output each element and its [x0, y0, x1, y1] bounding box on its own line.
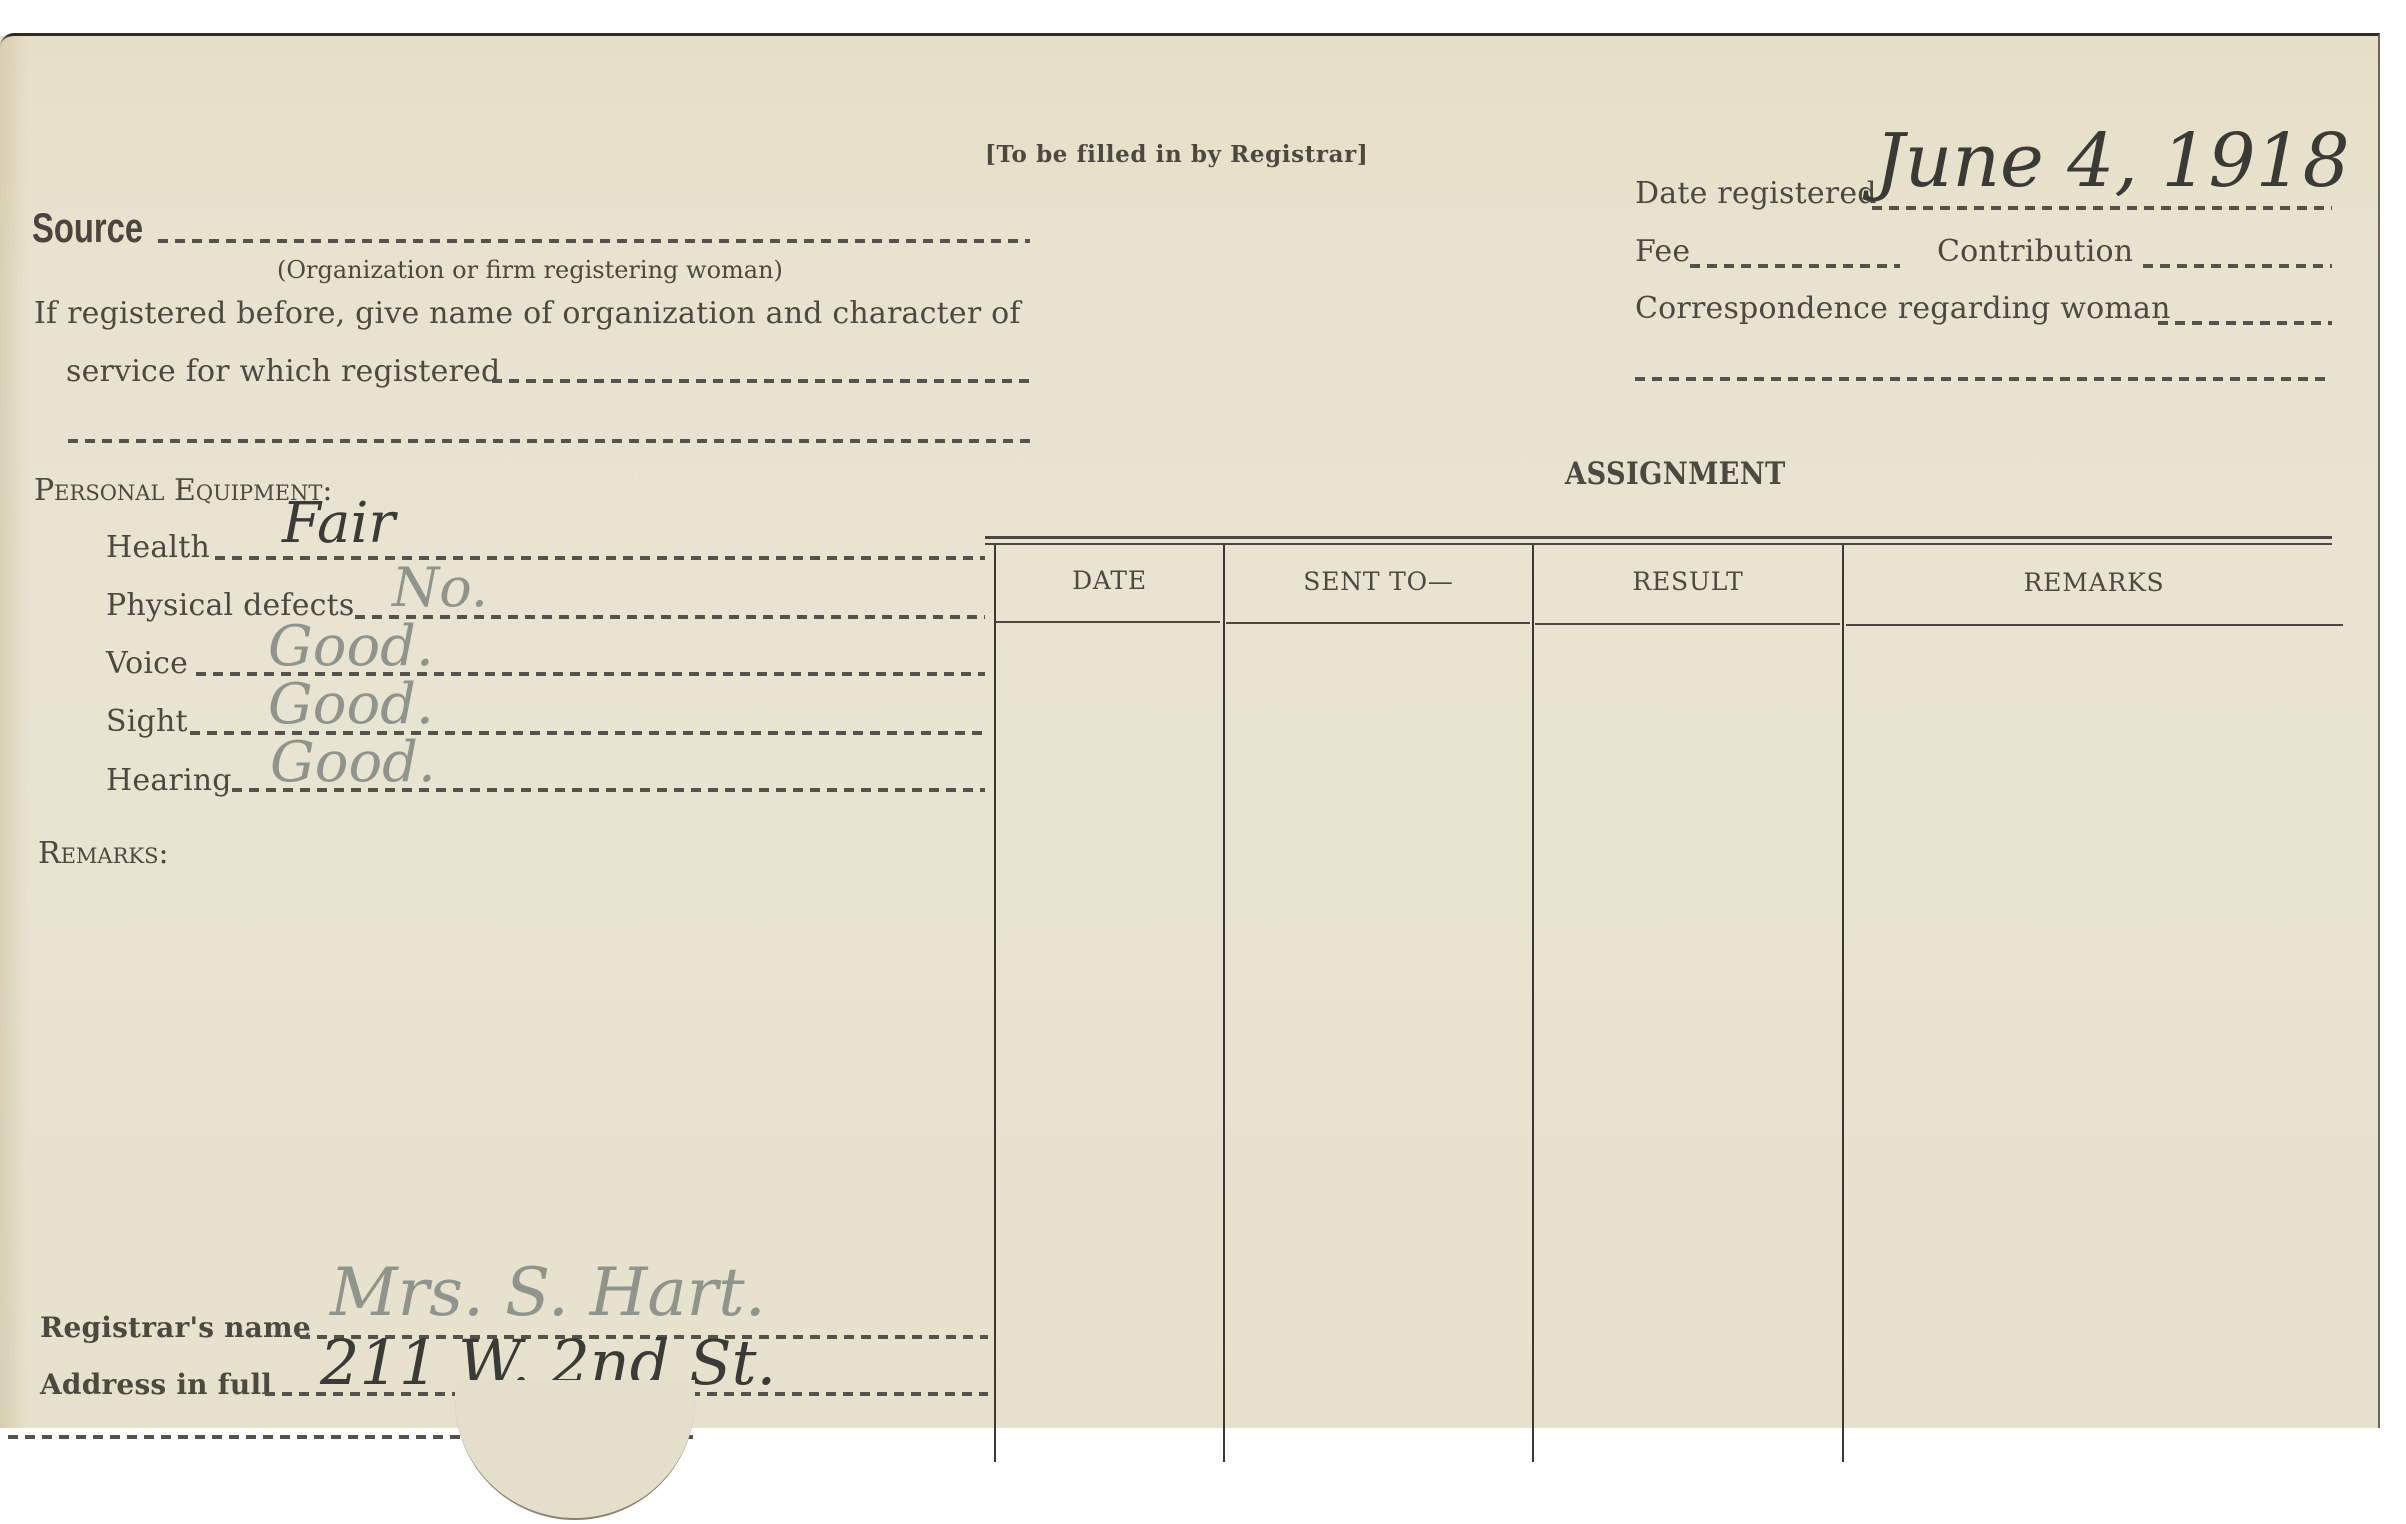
sight-value: Good. — [268, 672, 434, 737]
source-caption: (Organization or firm registering woman) — [277, 256, 783, 284]
correspondence-label: Correspondence regarding woman — [1635, 291, 2171, 326]
assignment-title: ASSIGNMENT — [1565, 456, 1786, 492]
health-value: Fair — [282, 491, 395, 556]
col-underline-date — [996, 621, 1220, 623]
service-field-line2[interactable] — [68, 439, 1030, 443]
service-field[interactable] — [492, 379, 1030, 383]
sight-label: Sight — [106, 704, 188, 739]
fee-field[interactable] — [1690, 264, 1900, 268]
col-header-sent-to: SENT TO— — [1225, 567, 1532, 596]
col-underline-result — [1535, 623, 1840, 625]
source-label: Source — [32, 204, 143, 252]
address-label: Address in full — [40, 1368, 272, 1401]
health-label: Health — [106, 530, 210, 565]
card-tab — [455, 1380, 695, 1520]
registrar-name-value: Mrs. S. Hart. — [330, 1254, 766, 1331]
sent-to-column-cells[interactable] — [1225, 628, 1531, 1458]
col-header-remarks: REMARKS — [1844, 568, 2344, 597]
fee-label: Fee — [1635, 234, 1690, 269]
correspondence-field[interactable] — [2158, 321, 2332, 325]
voice-label: Voice — [106, 646, 188, 681]
col-underline-sent-to — [1226, 622, 1530, 624]
hearing-value: Good. — [270, 730, 436, 795]
col-header-result: RESULT — [1534, 567, 1842, 596]
correspondence-field-line2[interactable] — [1635, 377, 2332, 381]
remarks-label: Remarks: — [38, 836, 169, 871]
registration-card: [To be filled in by Registrar] Source (O… — [0, 33, 2380, 1428]
physical-defects-value: No. — [392, 556, 488, 619]
date-registered-value: June 4, 1918 — [1875, 118, 2350, 204]
date-registered-field[interactable] — [1872, 206, 2332, 210]
contribution-field[interactable] — [2143, 264, 2332, 268]
assignment-rule-bottom — [985, 543, 2332, 545]
col-underline-remarks — [1846, 624, 2343, 626]
registered-before-label: If registered before, give name of organ… — [34, 296, 1021, 331]
date-registered-label: Date registered — [1635, 176, 1877, 211]
registrar-name-label: Registrar's name — [40, 1311, 311, 1344]
remarks-column-cells[interactable] — [1844, 628, 2364, 1458]
remarks-area[interactable] — [40, 886, 980, 1306]
date-column-cells[interactable] — [996, 628, 1222, 1458]
assignment-rule-top — [985, 536, 2332, 539]
service-label: service for which registered — [66, 354, 500, 389]
col-header-date: DATE — [996, 566, 1223, 595]
hearing-label: Hearing — [106, 763, 232, 798]
voice-value: Good. — [268, 614, 434, 679]
source-field[interactable] — [158, 239, 1030, 243]
header-note: [To be filled in by Registrar] — [985, 141, 1368, 168]
health-field[interactable] — [215, 556, 985, 560]
result-column-cells[interactable] — [1534, 628, 1841, 1458]
contribution-label: Contribution — [1937, 234, 2133, 269]
